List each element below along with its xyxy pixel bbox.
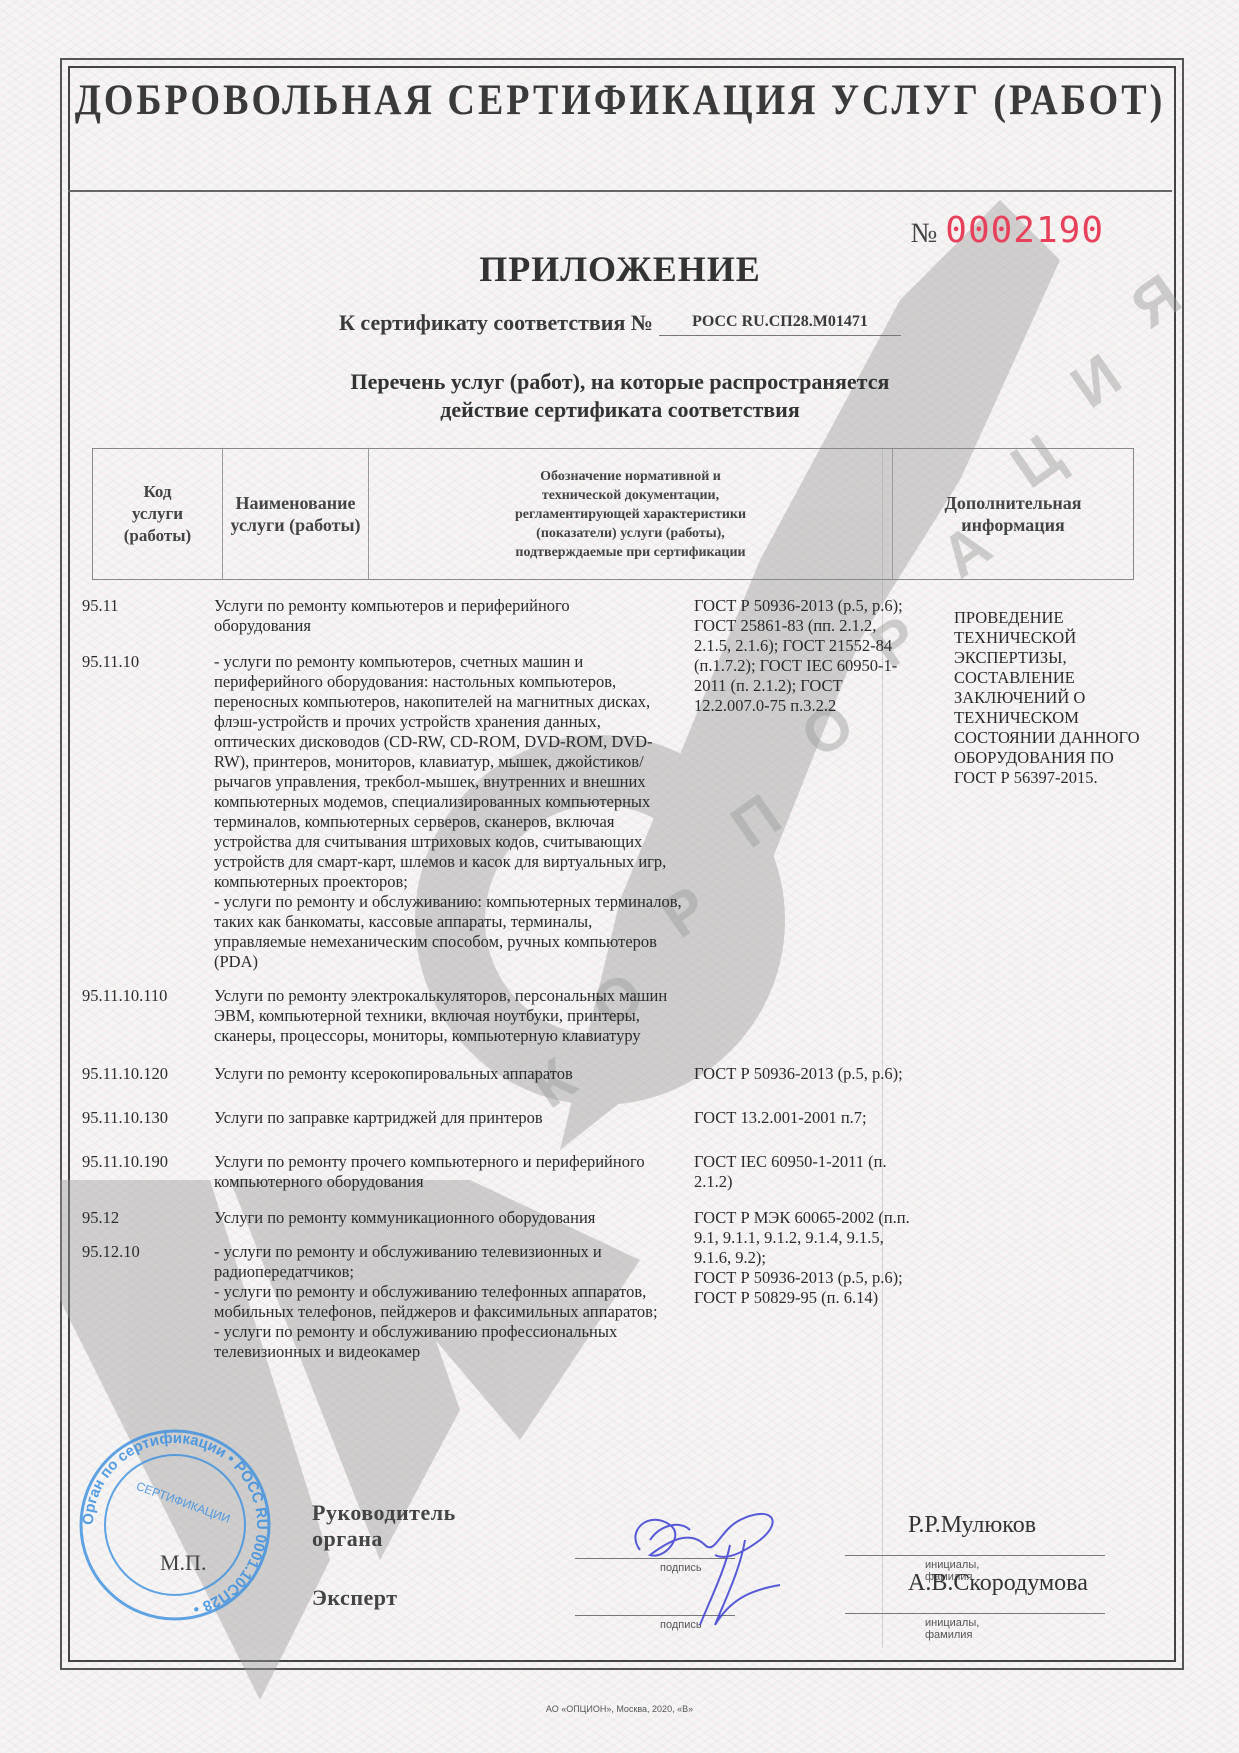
head-name-line <box>845 1555 1105 1556</box>
document-subtitle: Перечень услуг (работ), на которые распр… <box>68 368 1172 424</box>
table-row: 95.11.10.190 Услуги по ремонту прочего к… <box>82 1152 1172 1192</box>
row-code: 95.11.10.130 <box>82 1108 214 1128</box>
number-sign: № <box>911 218 938 249</box>
expert-role-label: Эксперт <box>312 1585 398 1611</box>
subtitle-line-1: Перечень услуг (работ), на которые распр… <box>68 368 1172 396</box>
row-code: 95.11.10.110 <box>82 986 214 1046</box>
row-info <box>944 1108 1164 1128</box>
form-number-value: 0002190 <box>945 210 1104 251</box>
head-name: Р.Р.Мулюков <box>908 1512 1036 1539</box>
expert-name-line <box>845 1613 1105 1614</box>
row-name: Услуги по ремонту электрокалькуляторов, … <box>214 986 684 1046</box>
certificate-reference-label: К сертификату соответствия № <box>339 310 653 335</box>
row-gost: ГОСТ IEC 60950-1-2011 (п. 2.1.2) <box>684 1152 944 1192</box>
table-header: Код услуги (работы) Наименование услуги … <box>92 448 1134 580</box>
title-separator <box>68 190 1172 192</box>
table-row: 95.12 Услуги по ремонту коммуникационног… <box>82 1208 1172 1362</box>
row-name: - услуги по ремонту компьютеров, счетных… <box>214 652 684 972</box>
row-gost: ГОСТ 13.2.001-2001 п.7; <box>684 1108 944 1128</box>
row-gost: ГОСТ Р 50936-2013 (р.5, р.6); <box>684 1064 944 1084</box>
table-row: 95.11.10.110 Услуги по ремонту электрока… <box>82 986 1172 1046</box>
row-info: ПРОВЕДЕНИЕ ТЕХНИЧЕСКОЙ ЭКСПЕРТИЗЫ, СОСТА… <box>944 596 1164 972</box>
header-docs: Обозначение нормативной и технической до… <box>369 449 893 579</box>
row-name: Услуги по заправке картриджей для принте… <box>214 1108 684 1128</box>
row-code: 95.11.10.120 <box>82 1064 214 1084</box>
row-code: 95.11.10.190 <box>82 1152 214 1192</box>
row-info <box>944 986 1164 1046</box>
row-gost: ГОСТ Р 50936-2013 (р.5, р.6); ГОСТ 25861… <box>684 596 944 972</box>
header-code-label: Код услуги (работы) <box>124 481 191 547</box>
header-info-label: Дополнительная информация <box>945 492 1082 536</box>
table-row: 95.11 Услуги по ремонту компьютеров и пе… <box>82 596 1172 972</box>
certificate-number: РОСС RU.СП28.М01471 <box>659 313 901 336</box>
row-name: Услуги по ремонту ксерокопировальных апп… <box>214 1064 684 1084</box>
head-role-label: Руководитель органа <box>312 1500 456 1552</box>
expert-name-caption: инициалы, фамилия <box>925 1617 979 1641</box>
row-info <box>944 1064 1164 1084</box>
header-info: Дополнительная информация <box>893 449 1133 579</box>
page-title: ПРИЛОЖЕНИЕ <box>68 248 1172 290</box>
row-code: 95.11 <box>82 596 214 636</box>
table-row: 95.11.10.120 Услуги по ремонту ксерокопи… <box>82 1064 1172 1084</box>
subtitle-line-2: действие сертификата соответствия <box>68 396 1172 424</box>
header-name-label: Наименование услуги (работы) <box>231 492 361 536</box>
row-code: 95.12 <box>82 1208 214 1228</box>
form-number: №0002190 <box>911 210 1104 251</box>
printer-footer-note: АО «ОПЦИОН», Москва, 2020, «В» <box>0 1704 1239 1714</box>
header-docs-label: Обозначение нормативной и технической до… <box>515 467 746 562</box>
header-code: Код услуги (работы) <box>93 449 223 579</box>
signature-icon <box>620 1500 800 1630</box>
row-code: 95.11.10 <box>82 652 214 972</box>
table-row: 95.11.10.130 Услуги по заправке картридж… <box>82 1108 1172 1128</box>
services-table-body: 95.11 Услуги по ремонту компьютеров и пе… <box>82 596 1172 1362</box>
row-code: 95.12.10 <box>82 1242 214 1362</box>
row-name: Услуги по ремонту компьютеров и перифери… <box>214 596 684 636</box>
header-name: Наименование услуги (работы) <box>223 449 369 579</box>
row-name: Услуги по ремонту прочего компьютерного … <box>214 1152 684 1192</box>
expert-name: А.В.Скородумова <box>908 1570 1088 1597</box>
row-name: Услуги по ремонту коммуникационного обор… <box>214 1208 684 1228</box>
official-stamp-icon: Орган по сертификации • РОСС RU 0001.10С… <box>75 1425 275 1625</box>
row-gost: ГОСТ Р МЭК 60065-2002 (п.п. 9.1, 9.1.1, … <box>684 1208 944 1362</box>
row-gost <box>684 986 944 1046</box>
document-top-title: ДОБРОВОЛЬНАЯ СЕРТИФИКАЦИЯ УСЛУГ (РАБОТ) <box>68 75 1172 126</box>
row-info <box>944 1152 1164 1192</box>
certificate-reference: К сертификату соответствия №РОСС RU.СП28… <box>68 310 1172 336</box>
row-name: - услуги по ремонту и обслуживанию телев… <box>214 1242 684 1362</box>
row-info <box>944 1208 1164 1362</box>
stamp-inner-text: СЕРТИФИКАЦИИ <box>134 1479 232 1526</box>
